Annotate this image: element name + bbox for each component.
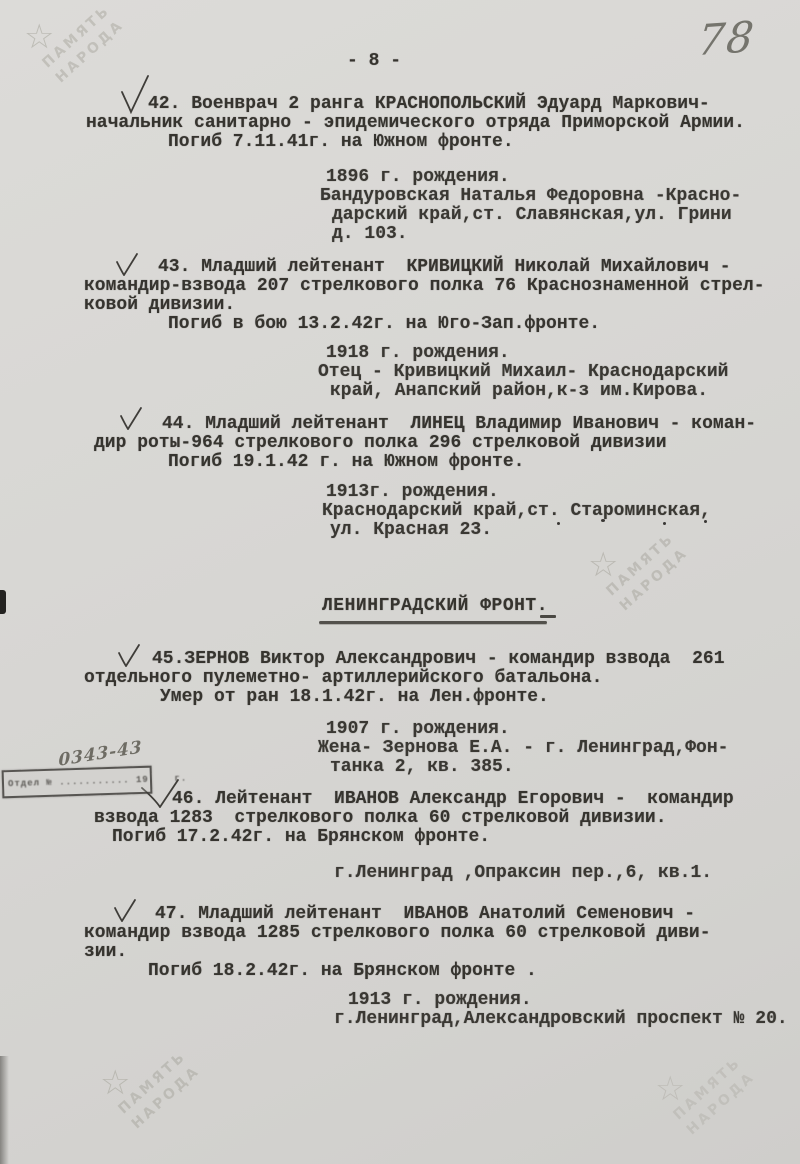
watermark-line2: НАРОДА bbox=[53, 17, 128, 86]
entry-43-detail-3: край, Анапский район,к-з им.Кирова. bbox=[330, 382, 708, 401]
archive-watermark: ☆ ПАМЯТЬНАРОДА bbox=[24, 20, 124, 99]
watermark-line1: ПАМЯТЬ bbox=[39, 2, 113, 71]
checkmark-icon bbox=[120, 406, 142, 430]
ink-speck bbox=[601, 519, 605, 522]
ink-dash bbox=[540, 615, 556, 618]
archive-watermark: ☆ ПАМЯТЬНАРОДА bbox=[655, 1072, 755, 1151]
entry-46-line-1: 46. Лейтенант ИВАНОВ Александр Егорович … bbox=[172, 790, 734, 809]
watermark-line1: ПАМЯТЬ bbox=[670, 1054, 744, 1123]
entry-47-line-4: Погиб 18.2.42г. на Брянском фронте . bbox=[148, 962, 537, 981]
checkmark-icon bbox=[120, 74, 150, 114]
entry-47-detail-1: 1913 г. рождения. bbox=[348, 991, 532, 1010]
entry-45-detail-1: 1907 г. рождения. bbox=[326, 720, 510, 739]
watermark-line2: НАРОДА bbox=[684, 1069, 759, 1138]
entry-44-line-1: 44. Младший лейтенант ЛИНЕЦ Владимир Ива… bbox=[162, 415, 756, 434]
entry-42-detail-3: дарский край,ст. Славянская,ул. Грини bbox=[332, 206, 732, 225]
heading-underline bbox=[319, 621, 547, 624]
archive-watermark: ☆ ПАМЯТЬНАРОДА bbox=[588, 548, 688, 627]
entry-43-line-1: 43. Младший лейтенант КРИВИЦКИЙ Николай … bbox=[158, 258, 731, 277]
watermark-line1: ПАМЯТЬ bbox=[115, 1048, 189, 1117]
watermark-line2: НАРОДА bbox=[129, 1063, 204, 1132]
entry-44-detail-2: Краснодарский край,ст. Староминская, bbox=[322, 502, 711, 521]
entry-42-detail-1: 1896 г. рождения. bbox=[326, 168, 510, 187]
entry-45-detail-2: Жена- Зернова Е.А. - г. Ленинград,Фон- bbox=[318, 739, 728, 758]
archive-watermark: ☆ ПАМЯТЬНАРОДА bbox=[100, 1066, 200, 1145]
entry-47-detail-2: г.Ленинград,Александровский проспект № 2… bbox=[334, 1010, 788, 1029]
entry-47-line-2: командир взвода 1285 стрелкового полка 6… bbox=[84, 924, 711, 943]
entry-45-line-2: отдельного пулеметно- артиллерийского ба… bbox=[84, 669, 602, 688]
star-icon: ☆ bbox=[588, 548, 688, 582]
entry-46-line-2: взвода 1283 стрелкового полка 60 стрелко… bbox=[94, 809, 667, 828]
archive-stamp: Отдел № ........... 19 г. bbox=[2, 766, 153, 799]
entry-43-line-2: командир-взвода 207 стрелкового полка 76… bbox=[84, 277, 765, 296]
ink-speck bbox=[704, 520, 707, 523]
star-icon: ☆ bbox=[24, 20, 124, 54]
entry-43-detail-1: 1918 г. рождения. bbox=[326, 344, 510, 363]
checkmark-icon bbox=[116, 252, 138, 276]
entry-45-detail-3: танка 2, кв. 385. bbox=[330, 758, 514, 777]
ink-speck bbox=[663, 522, 666, 525]
star-icon: ☆ bbox=[655, 1072, 755, 1106]
handwritten-folio-number: 78 bbox=[695, 12, 758, 65]
entry-46-detail-1: г.Ленинград ,Опраксин пер.,6, кв.1. bbox=[334, 864, 712, 883]
watermark-line2: НАРОДА bbox=[617, 545, 692, 614]
entry-43-line-4: Погиб в бою 13.2.42г. на Юго-Зап.фронте. bbox=[168, 315, 600, 334]
entry-44-detail-3: ул. Красная 23. bbox=[330, 521, 492, 540]
star-icon: ☆ bbox=[100, 1066, 200, 1100]
typed-page-number: - 8 - bbox=[347, 52, 401, 71]
entry-47-line-1: 47. Младший лейтенант ИВАНОВ Анатолий Се… bbox=[155, 905, 695, 924]
section-heading: ЛЕНИНГРАДСКИЙ ФРОНТ. bbox=[322, 597, 548, 616]
entry-45-line-3: Умер от ран 18.1.42г. на Лен.фронте. bbox=[160, 688, 549, 707]
watermark-line1: ПАМЯТЬ bbox=[603, 530, 677, 599]
entry-42-line-3: Погиб 7.11.41г. на Южном фронте. bbox=[168, 133, 514, 152]
entry-43-detail-2: Отец - Кривицкий Михаил- Краснодарский bbox=[318, 363, 728, 382]
entry-44-line-2: дир роты-964 стрелкового полка 296 стрел… bbox=[94, 434, 667, 453]
checkmark-icon bbox=[114, 898, 136, 922]
entry-47-line-3: зии. bbox=[84, 943, 127, 962]
checkmark-icon bbox=[118, 643, 140, 667]
scanned-document-page: ☆ ПАМЯТЬНАРОДА ☆ ПАМЯТЬНАРОДА ☆ ПАМЯТЬНА… bbox=[0, 0, 800, 1164]
entry-43-line-3: ковой дивизии. bbox=[84, 296, 235, 315]
entry-45-line-1: 45.ЗЕРНОВ Виктор Александрович - команди… bbox=[152, 650, 725, 669]
entry-44-line-3: Погиб 19.1.42 г. на Южном фронте. bbox=[168, 453, 524, 472]
scan-edge-shadow bbox=[0, 1056, 9, 1164]
entry-46-line-3: Погиб 17.2.42г. на Брянском фронте. bbox=[112, 828, 490, 847]
entry-44-detail-1: 1913г. рождения. bbox=[326, 483, 499, 502]
entry-42-detail-2: Бандуровская Наталья Федоровна -Красно- bbox=[320, 187, 741, 206]
scan-ink-blob bbox=[0, 590, 6, 614]
entry-42-line-1: 42. Военврач 2 ранга КРАСНОПОЛЬСКИЙ Эдуа… bbox=[148, 95, 710, 114]
entry-42-line-2: начальник санитарно - эпидемического отр… bbox=[86, 114, 745, 133]
entry-42-detail-4: д. 103. bbox=[332, 225, 408, 244]
ink-speck bbox=[557, 522, 560, 525]
